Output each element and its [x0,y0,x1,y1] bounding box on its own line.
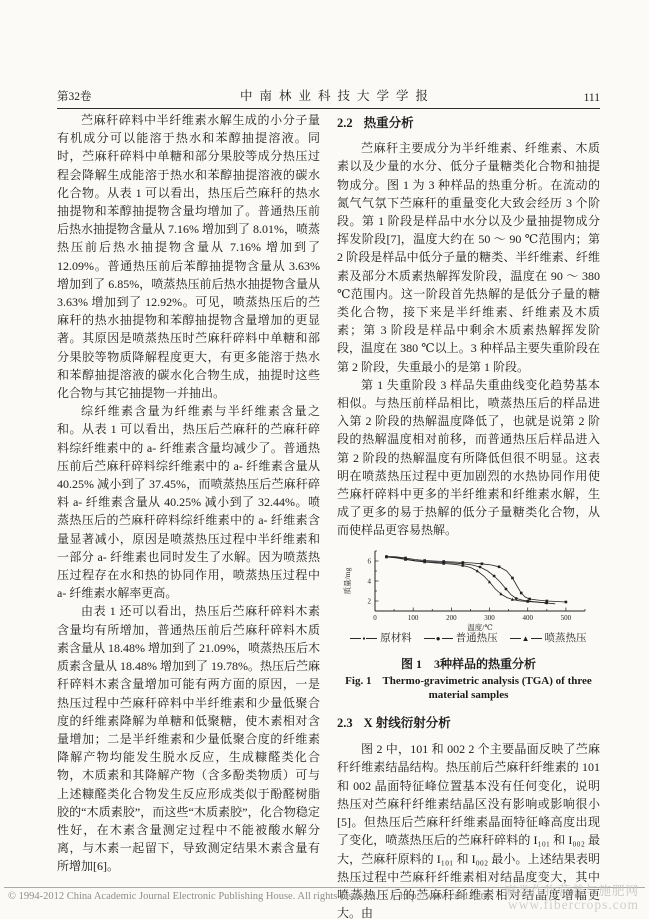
tga-plot: 0100200300400500246温度/℃质量/mg [341,545,597,633]
left-column: 苎麻秆碎料中半纤维素水解生成的小分子量有机成分可以能溶于热水和苯醇抽提溶液。同时… [57,111,320,919]
section-title: 热重分析 [364,116,414,130]
section-number: 2.3 [337,716,353,730]
legend-label: 普通热压 [456,630,498,648]
svg-text:500: 500 [560,614,571,622]
cnki-url: http://www.cnki.net [400,891,483,902]
copyright-text: © 1994-2012 China Academic Journal Elect… [8,891,378,902]
legend-item: ▲喷蒸热压 [510,630,587,648]
legend-label: 喷蒸热压 [545,630,587,648]
section-heading-2-2: 2.2热重分析 [337,114,600,132]
paragraph: 苎麻秆碎料中半纤维素水解生成的小分子量有机成分可以能溶于热水和苯醇抽提溶液。同时… [57,111,320,402]
svg-text:0: 0 [373,614,377,622]
section-heading-2-3: 2.3X 射线衍射分析 [337,714,600,732]
figure-caption-en-line2: material samples [337,689,600,703]
circle-marker-icon: ● [436,635,441,643]
paragraph: 第 1 失重阶段 3 样品失重曲线变化趋势基本相似。与热压前样品相比，喷蒸热压后… [337,376,600,540]
figure-caption-cn: 图 1 3种样品的热重分析 [337,655,600,673]
page-number: 111 [584,92,600,104]
chart-legend: ▪原材料 ●普通热压 ▲喷蒸热压 [337,630,600,648]
paragraph: 由表 1 还可以看出，热压后苎麻秆碎料木素含量均有所增加，普通热压前后苎麻秆碎料… [57,602,320,875]
svg-text:质量/mg: 质量/mg [342,567,352,594]
page-body: 苎麻秆碎料中半纤维素水解生成的小分子量有机成分可以能溶于热水和苯醇抽提溶液。同时… [57,111,600,919]
svg-text:6: 6 [367,557,371,565]
line-sample-icon [510,638,521,639]
line-sample-icon [531,638,542,639]
section-number: 2.2 [337,116,353,130]
section-title: X 射线衍射分析 [364,716,451,730]
right-column: 2.2热重分析 苎麻秆主要成分为半纤维素、纤维素、木质素以及少量的水分、低分子量… [337,111,600,919]
legend-label: 原材料 [380,630,412,648]
line-sample-icon [442,638,453,639]
svg-text:100: 100 [407,614,418,622]
svg-text:2: 2 [367,597,371,605]
line-sample-icon [366,638,377,639]
legend-item: ●普通热压 [424,630,498,648]
svg-text:4: 4 [367,577,371,585]
svg-text:300: 300 [484,614,495,622]
volume-label: 第32卷 [57,88,92,104]
tga-figure: 0100200300400500246温度/℃质量/mg ▪原材料 ●普通热压 … [337,545,600,702]
square-marker-icon: ▪ [362,635,365,643]
paragraph: 苎麻秆主要成分为半纤维素、纤维素、木质素以及少量的水分、低分子量糖类化合物和抽提… [337,139,600,376]
journal-title: 中南林业科技大学学报 [92,86,584,104]
page-footer: © 1994-2012 China Academic Journal Elect… [4,887,645,902]
line-sample-icon [350,638,361,639]
line-sample-icon [424,638,435,639]
legend-item: ▪原材料 [350,630,411,648]
svg-text:200: 200 [446,614,457,622]
page-header: 第32卷 中南林业科技大学学报 111 [57,86,600,109]
triangle-marker-icon: ▲ [522,635,530,643]
paragraph: 综纤维素含量为纤维素与半纤维素含量之和。从表 1 可以看出，热压后苎麻秆的苎麻秆… [57,402,320,602]
figure-caption-en: Fig. 1 Thermo-gravimetric analysis (TGA)… [337,675,600,702]
figure-caption-en-line1: Fig. 1 Thermo-gravimetric analysis (TGA)… [337,675,600,689]
svg-text:400: 400 [522,614,533,622]
